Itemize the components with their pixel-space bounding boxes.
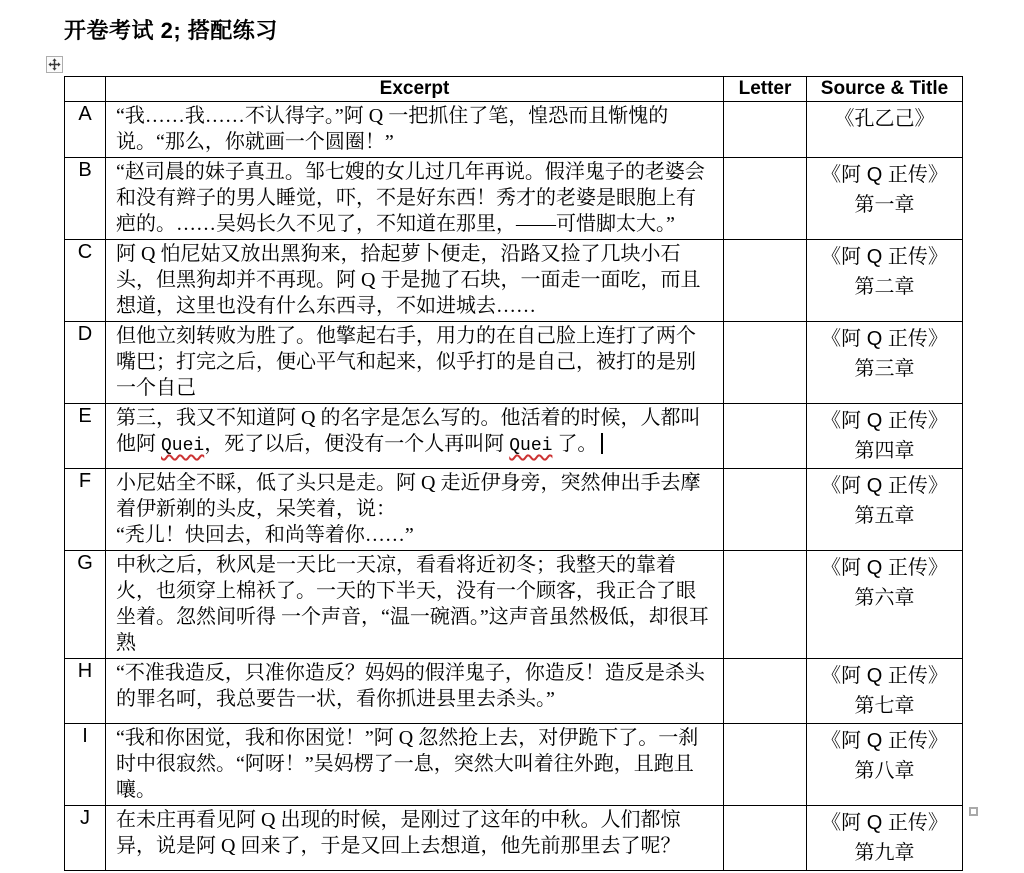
row-label-cell[interactable]: G	[65, 551, 106, 659]
excerpt-cell[interactable]: 小尼姑全不睬，低了头只是走。阿 Q 走近伊身旁，突然伸出手去摩着伊新剃的头皮，呆…	[106, 469, 724, 551]
header-row-label-cell	[65, 77, 106, 102]
misspelled-word: Quei	[509, 436, 552, 456]
table-row: A “我……我……不认得字。”阿 Q 一把抓住了笔，惶恐而且惭愧的说。“那么，你…	[65, 102, 963, 158]
header-letter-cell: Letter	[724, 77, 807, 102]
source-cell[interactable]: 《阿 Q 正传》第七章	[807, 659, 963, 724]
letter-answer-cell[interactable]	[724, 404, 807, 469]
source-cell[interactable]: 《阿 Q 正传》第八章	[807, 724, 963, 806]
excerpt-cell[interactable]: 中秋之后，秋风是一天比一天凉，看看将近初冬；我整天的靠着火，也须穿上棉袄了。一天…	[106, 551, 724, 659]
excerpt-cell[interactable]: “赵司晨的妹子真丑。邹七嫂的女儿过几年再说。假洋鬼子的老婆会和没有辫子的男人睡觉…	[106, 158, 724, 240]
document-page: 开卷考试 2; 搭配练习 Excerpt Letter Source & Tit…	[0, 0, 1024, 873]
excerpt-cell[interactable]: 但他立刻转败为胜了。他擎起右手，用力的在自己脸上连打了两个嘴巴；打完之后，便心平…	[106, 322, 724, 404]
row-label-cell[interactable]: F	[65, 469, 106, 551]
table-row: H “不准我造反，只准你造反？妈妈的假洋鬼子，你造反！造反是杀头的罪名呵，我总要…	[65, 659, 963, 724]
source-cell[interactable]: 《孔乙己》	[807, 102, 963, 158]
table-row: E 第三，我又不知道阿 Q 的名字是怎么写的。他活着的时候，人都叫他阿 Quei…	[65, 404, 963, 469]
source-cell[interactable]: 《阿 Q 正传》第九章	[807, 806, 963, 871]
letter-answer-cell[interactable]	[724, 158, 807, 240]
table-resize-handle[interactable]	[969, 807, 978, 816]
table-row: J 在未庄再看见阿 Q 出现的时候，是刚过了这年的中秋。人们都惊异，说是阿 Q …	[65, 806, 963, 871]
table-move-handle[interactable]	[46, 56, 63, 73]
table-header-row: Excerpt Letter Source & Title	[65, 77, 963, 102]
header-excerpt-cell: Excerpt	[106, 77, 724, 102]
misspelled-word: Quei	[161, 436, 204, 456]
letter-answer-cell[interactable]	[724, 659, 807, 724]
letter-answer-cell[interactable]	[724, 322, 807, 404]
letter-answer-cell[interactable]	[724, 240, 807, 322]
row-label-cell[interactable]: H	[65, 659, 106, 724]
table-row: I “我和你困觉，我和你困觉！”阿 Q 忽然抢上去，对伊跪下了。一刹时中很寂然。…	[65, 724, 963, 806]
letter-answer-cell[interactable]	[724, 806, 807, 871]
table-row: B “赵司晨的妹子真丑。邹七嫂的女儿过几年再说。假洋鬼子的老婆会和没有辫子的男人…	[65, 158, 963, 240]
source-cell[interactable]: 《阿 Q 正传》第五章	[807, 469, 963, 551]
excerpt-cell[interactable]: 在未庄再看见阿 Q 出现的时候，是刚过了这年的中秋。人们都惊异，说是阿 Q 回来…	[106, 806, 724, 871]
row-label-cell[interactable]: I	[65, 724, 106, 806]
source-cell[interactable]: 《阿 Q 正传》第三章	[807, 322, 963, 404]
text-cursor	[601, 433, 603, 454]
table-row: C 阿 Q 怕尼姑又放出黑狗来，拾起萝卜便走，沿路又捡了几块小石头，但黑狗却并不…	[65, 240, 963, 322]
table-row: F 小尼姑全不睬，低了头只是走。阿 Q 走近伊身旁，突然伸出手去摩着伊新剃的头皮…	[65, 469, 963, 551]
letter-answer-cell[interactable]	[724, 102, 807, 158]
table-row: G 中秋之后，秋风是一天比一天凉，看看将近初冬；我整天的靠着火，也须穿上棉袄了。…	[65, 551, 963, 659]
excerpt-cell[interactable]: 阿 Q 怕尼姑又放出黑狗来，拾起萝卜便走，沿路又捡了几块小石头，但黑狗却并不再现…	[106, 240, 724, 322]
source-cell[interactable]: 《阿 Q 正传》第四章	[807, 404, 963, 469]
row-label-cell[interactable]: B	[65, 158, 106, 240]
row-label-cell[interactable]: C	[65, 240, 106, 322]
header-source-title-cell: Source & Title	[807, 77, 963, 102]
matching-table: Excerpt Letter Source & Title A “我……我……不…	[64, 76, 963, 871]
document-title: 开卷考试 2; 搭配练习	[64, 14, 278, 45]
excerpt-cell[interactable]: “我……我……不认得字。”阿 Q 一把抓住了笔，惶恐而且惭愧的说。“那么，你就画…	[106, 102, 724, 158]
letter-answer-cell[interactable]	[724, 724, 807, 806]
excerpt-cell[interactable]: “不准我造反，只准你造反？妈妈的假洋鬼子，你造反！造反是杀头的罪名呵，我总要告一…	[106, 659, 724, 724]
row-label-cell[interactable]: A	[65, 102, 106, 158]
source-cell[interactable]: 《阿 Q 正传》第一章	[807, 158, 963, 240]
letter-answer-cell[interactable]	[724, 469, 807, 551]
row-label-cell[interactable]: D	[65, 322, 106, 404]
row-label-cell[interactable]: J	[65, 806, 106, 871]
table-row: D 但他立刻转败为胜了。他擎起右手，用力的在自己脸上连打了两个嘴巴；打完之后，便…	[65, 322, 963, 404]
source-cell[interactable]: 《阿 Q 正传》第六章	[807, 551, 963, 659]
move-cross-icon	[48, 58, 61, 71]
excerpt-cell[interactable]: 第三，我又不知道阿 Q 的名字是怎么写的。他活着的时候，人都叫他阿 Quei，死…	[106, 404, 724, 469]
letter-answer-cell[interactable]	[724, 551, 807, 659]
source-cell[interactable]: 《阿 Q 正传》第二章	[807, 240, 963, 322]
row-label-cell[interactable]: E	[65, 404, 106, 469]
excerpt-cell[interactable]: “我和你困觉，我和你困觉！”阿 Q 忽然抢上去，对伊跪下了。一刹时中很寂然。“阿…	[106, 724, 724, 806]
